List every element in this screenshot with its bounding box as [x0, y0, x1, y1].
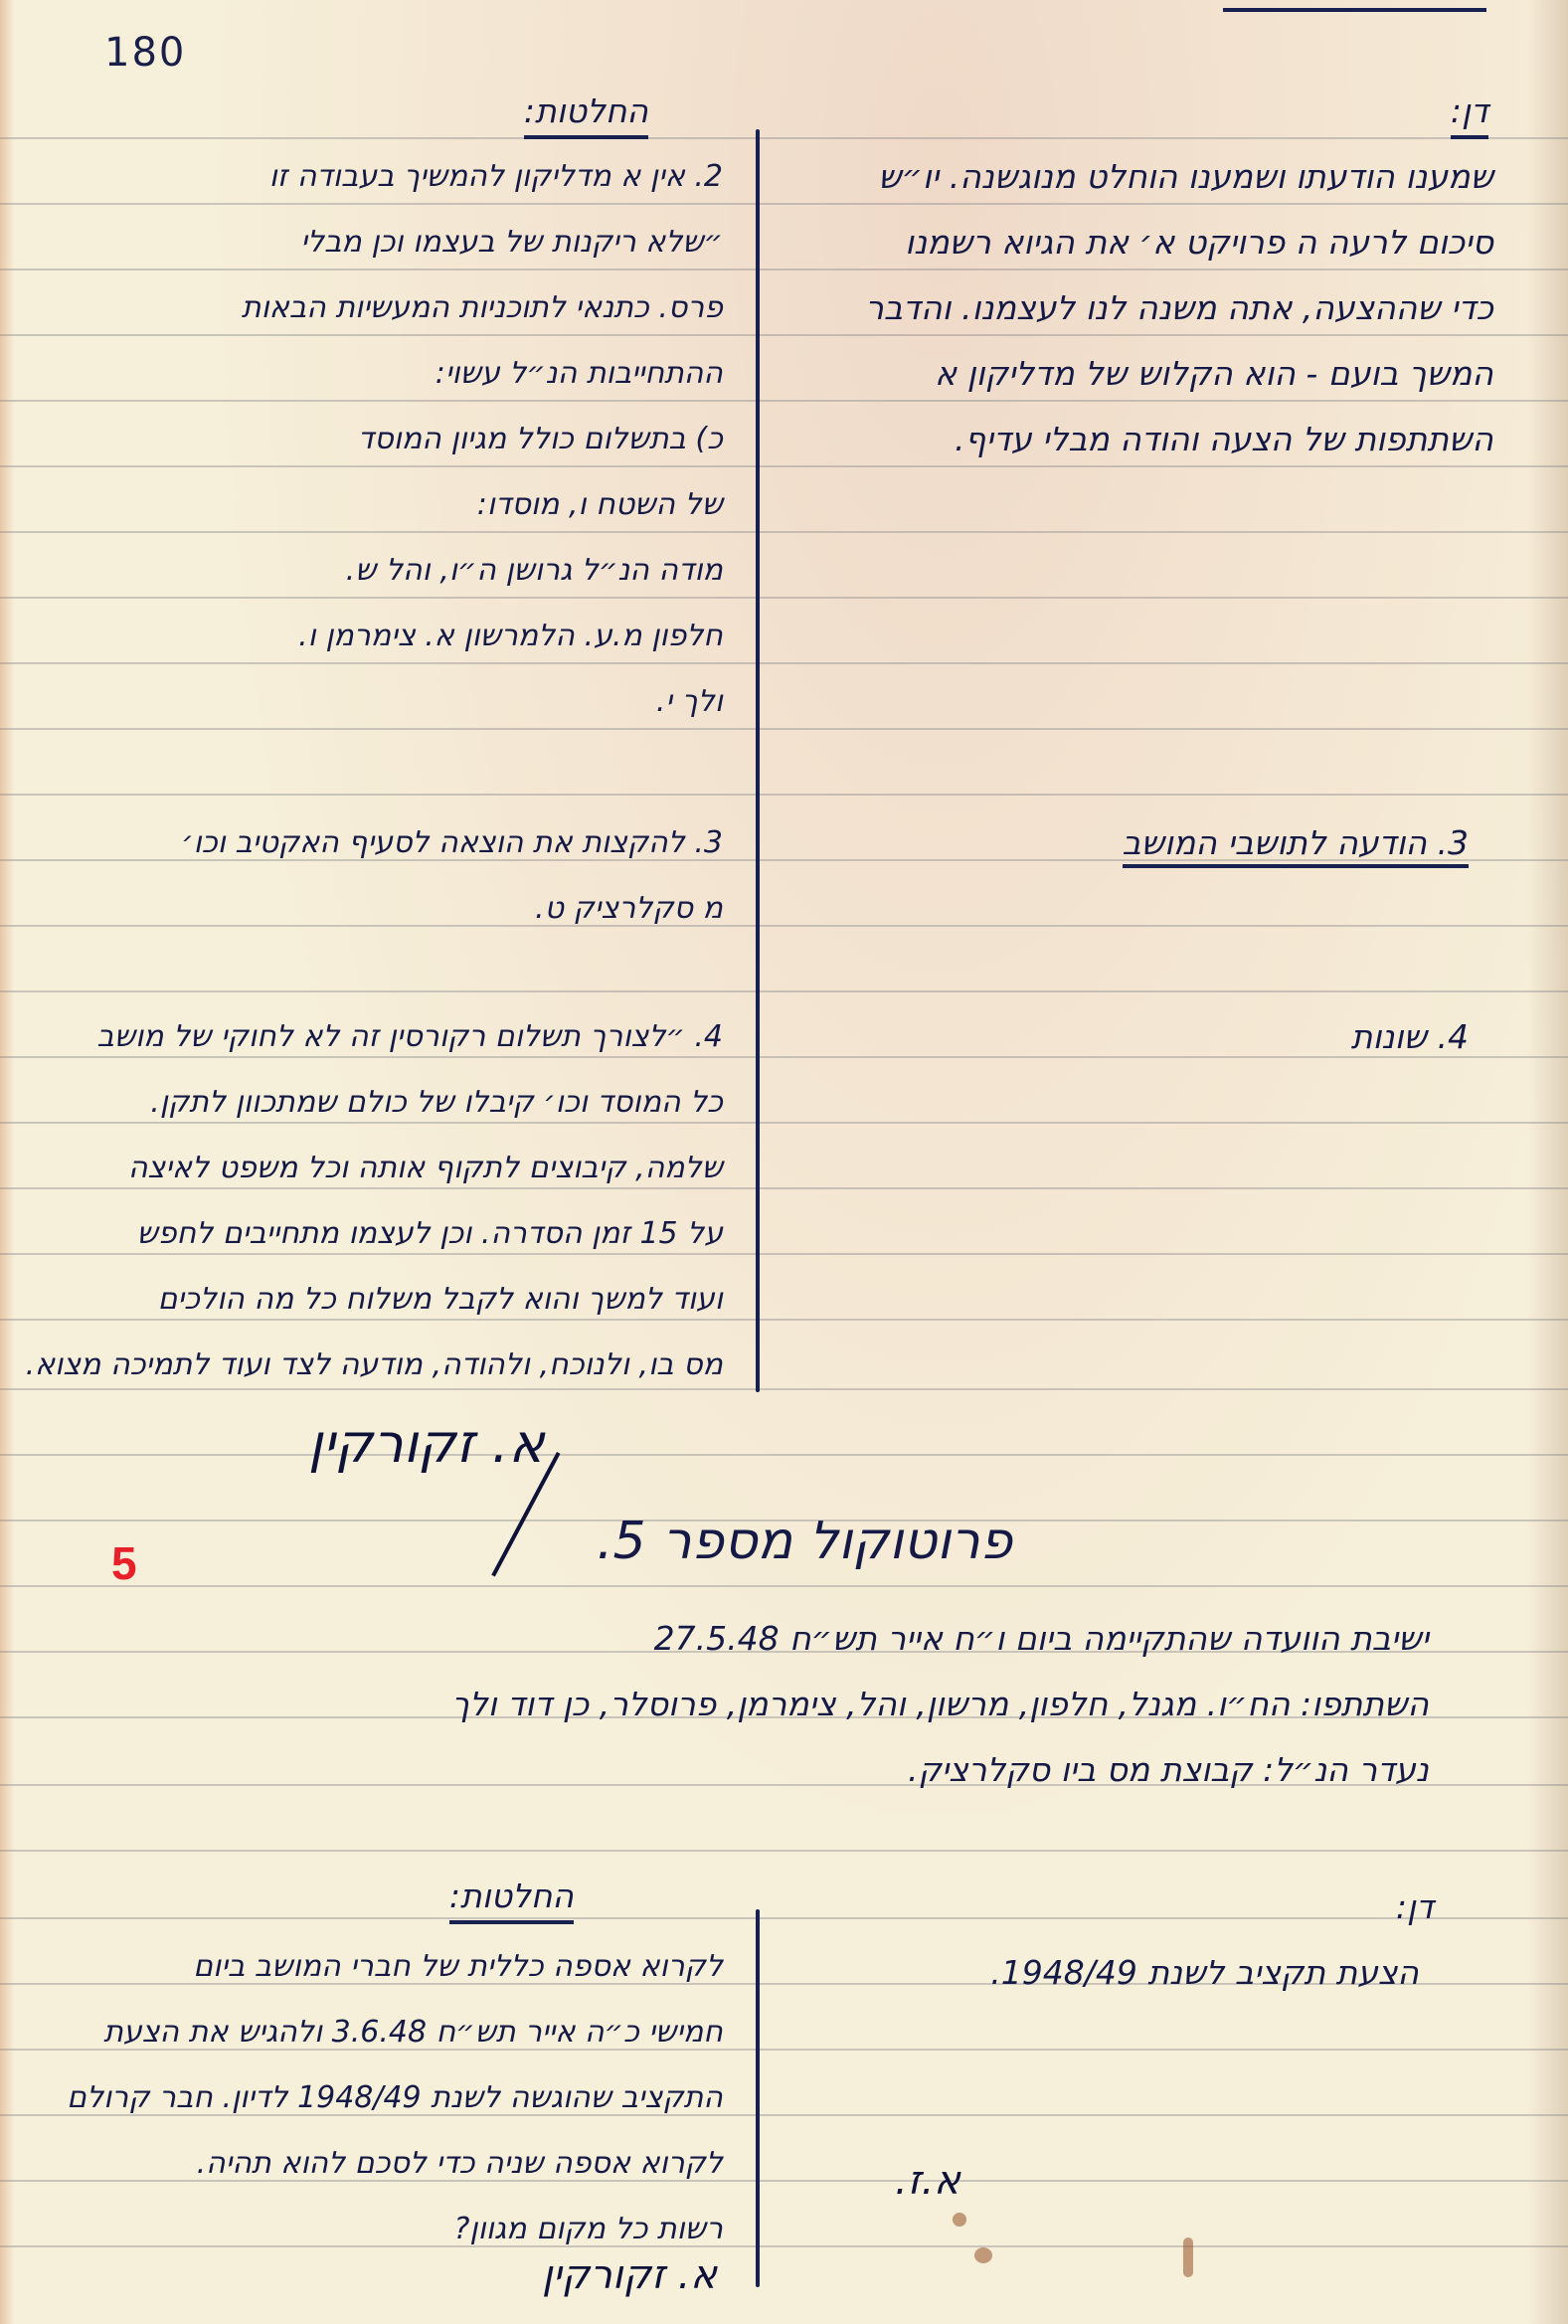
signature: א. זקורקין [308, 1412, 545, 1475]
ruled-line [0, 728, 1568, 730]
left-item-2: 2. אין א מדליקון להמשיך בעבודה זו ״שלא ר… [242, 144, 723, 735]
right-column-text: שמענו הודעתו ושמענו הוחלט מנוגשנה. יו״ש … [865, 144, 1493, 472]
ruled-line [0, 794, 1568, 796]
stain [974, 2247, 992, 2263]
ruled-line [0, 137, 1568, 139]
section2-left-header: החלטות: [449, 1875, 574, 1924]
text-line: לקרוא אספה שניה כדי לסכם להוא תהיה. [67, 2131, 723, 2197]
column-divider [756, 1909, 760, 2287]
text-line: סיכום לרעה ה פרויקט א׳ את הגיוא רשמנו [865, 210, 1493, 275]
right-item-3: 3. הודעה לתושבי המושב [1123, 810, 1469, 876]
section2-left-text: לקרוא אספה כללית של חברי המושב ביום חמיש… [67, 1934, 723, 2262]
text-line: על 15 זמן הסדרה. וכן לעצמו מתחייבים לחפש [26, 1201, 723, 1267]
text-line: שמענו הודעתו ושמענו הוחלט מנוגשנה. יו״ש [865, 144, 1493, 210]
section1-right-header: דן: [1451, 89, 1488, 139]
text-line: מ סקלרציק ט. [181, 876, 723, 942]
initials: א.ז. [895, 2158, 960, 2204]
left-item-4: 4. ״לצורך תשלום רקורסין זה לא לחוקי של מ… [26, 1004, 723, 1398]
section2-right-header: דן: [1396, 1875, 1434, 1940]
meeting-intro: ישיבת הוועדה שהתקיימה ביום ו״ח אייר תש״ח… [451, 1606, 1429, 1803]
text-line: 3. להקצות את הוצאה לסעיף האקטיב וכו׳ [181, 810, 723, 876]
text-line: ולך י. [242, 669, 723, 735]
ruled-line [0, 990, 1568, 992]
text-line: ההתחייבות הנ״ל עשוי: [242, 341, 723, 407]
page-number: 180 [104, 30, 186, 76]
text-line: 4. ״לצורך תשלום רקורסין זה לא לחוקי של מ… [26, 1004, 723, 1070]
signature: א. זקורקין [542, 2252, 717, 2298]
text-line: התקציב שהוגשה לשנת 1948/49 לדיון. חבר קר… [67, 2065, 723, 2131]
text-line: לקרוא אספה כללית של חברי המושב ביום [67, 1934, 723, 2000]
section2-right-item: הצעת תקציב לשנת 1948/49. [990, 1940, 1419, 2006]
text-line: המשך בועם - הוא הקלוש של מדליקון א [865, 341, 1493, 407]
text-line: כל המוסד וכו׳ קיבלו של כולם שמתכוון לתקן… [26, 1070, 723, 1136]
ruled-line [0, 662, 1568, 664]
protocol-title: פרוטוקול מספר 5. [597, 1512, 1012, 1571]
right-item-4: 4. שונות [1351, 1004, 1469, 1070]
text-line: 2. אין א מדליקון להמשיך בעבודה זו [242, 144, 723, 210]
text-line: פרס. כתנאי לתוכניות המעשיות הבאות [242, 275, 723, 341]
text-line: כדי שההצעה, אתה משנה לנו לעצמנו. והדבר [865, 275, 1493, 341]
stain [1183, 2237, 1193, 2277]
text-line: חלפון מ.ע. הלמרשון א. צימרמן ו. [242, 604, 723, 669]
ruled-line [0, 1454, 1568, 1456]
text-line: ועוד למשך והוא לקבל משלוח כל מה הולכים [26, 1267, 723, 1333]
text-line: שלמה, קיבוצים לתקוף אותה וכל משפט לאיצה [26, 1136, 723, 1201]
absentees-line: נעדר הנ״ל: קבוצת מס ביו סקלרציק. [451, 1737, 1429, 1803]
column-divider [756, 129, 760, 1392]
ruled-line [0, 1850, 1568, 1852]
text-line: של השטח ו, מוסדו: [242, 472, 723, 538]
scanned-page: 180 דן: החלטות: שמענו הודעתו ושמענו הוחל… [0, 0, 1568, 2324]
ruled-line [0, 1917, 1568, 1919]
text-line: ״שלא ריקנות של בעצמו וכן מבלי [242, 210, 723, 275]
text-line: כ) בתשלום כולל מגיון המוסד [242, 407, 723, 472]
ruled-line [0, 531, 1568, 533]
stain [953, 2213, 966, 2227]
meeting-date-line: ישיבת הוועדה שהתקיימה ביום ו״ח אייר תש״ח… [451, 1606, 1429, 1672]
text-line: מודה הנ״ל גרושן ה״ו, והל ש. [242, 538, 723, 604]
left-item-3: 3. להקצות את הוצאה לסעיף האקטיב וכו׳ מ ס… [181, 810, 723, 942]
attendees-line: השתתפו: הח״ו. מגנל, חלפון, מרשון, והל, צ… [451, 1672, 1429, 1737]
ruled-line [0, 1585, 1568, 1587]
item-3-text: 3. הודעה לתושבי המושב [1123, 823, 1469, 868]
text-line: חמישי כ״ה אייר תש״ח 3.6.48 ולהגיש את הצע… [67, 2000, 723, 2065]
section-marker: 5 [111, 1536, 137, 1590]
top-underline-mark [1223, 0, 1486, 12]
text-line: מס בו, ולנוכח, ולהודה, מודעה לצד ועוד לת… [26, 1333, 723, 1398]
text-line: השתתפות של הצעה והודה מבלי עדיף. [865, 407, 1493, 472]
ruled-line [0, 597, 1568, 599]
section1-left-header: החלטות: [524, 89, 648, 139]
